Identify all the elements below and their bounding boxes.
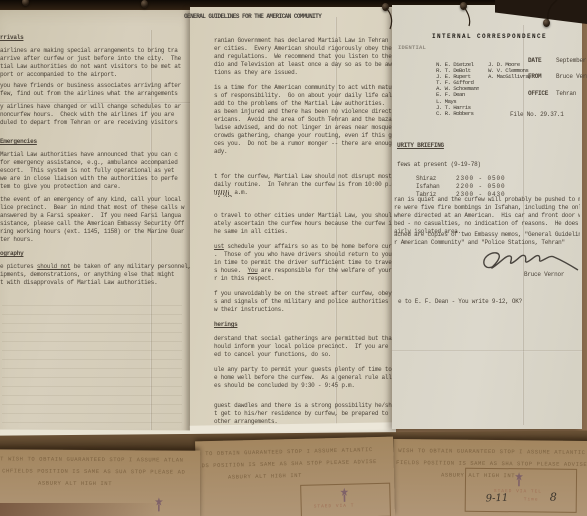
telegram-line: CHFIELDS POSITION IS SAME AS SUA STOP PL… — [2, 465, 200, 478]
paragraph: derstand that social gatherings are perm… — [214, 335, 395, 359]
received-stamp-box: STAED VIA TEL Time 9-11 8 — [465, 468, 577, 513]
paragraph: ran is quiet and the curfew will probabl… — [394, 196, 580, 236]
curfew-intro: fews at present (9-19-78) — [397, 161, 481, 169]
push-pin — [141, 0, 148, 8]
ps-note: e to E. F. Dean - You write 9-12, OK? — [398, 298, 522, 306]
handwritten-date: 9-11 — [486, 493, 509, 505]
paragraph: the event of an emergency of any kind, c… — [0, 196, 190, 244]
signature-typed-name: Bruce Vernor — [524, 271, 564, 279]
telegram-line: ASBURY ALT HIGH INT — [38, 478, 200, 491]
addressee-list-col1: N. E. DietzelR. T. DeBoltJ. E. RupertT. … — [436, 62, 479, 117]
page-title: GENERAL GUIDELINES FOR THE AMERICAN COMM… — [184, 13, 334, 21]
memo-header: INTERNAL CORRESPONDENCE — [432, 33, 547, 41]
stamp-time-label: Time — [524, 497, 539, 502]
memo-fields: DATESeptember FROMBruce Vern OFFICETehra… — [528, 57, 587, 106]
handwritten-number: 8 — [550, 491, 557, 504]
field-label: FROM — [528, 73, 556, 81]
telegram-strip-right: WISH TO OBTAIN GUARANTEED STOP I ASSUME … — [393, 439, 587, 516]
page-middle-guidelines: GENERAL GUIDELINES FOR THE AMERICAN COMM… — [190, 7, 396, 456]
stamp-text: STAED VIA T — [314, 504, 355, 510]
page-right-memo: INTERNAL CORRESPONDENCE IDENTIAL N. E. D… — [392, 5, 582, 429]
paragraph: you have friends or business associates … — [0, 82, 190, 98]
pin-wire — [384, 8, 396, 30]
paragraph: y airlines have changed or will change s… — [0, 103, 190, 127]
heading-emergencies: Emergencies — [0, 138, 37, 146]
handwritten-correction: 4:30 — [216, 194, 232, 197]
paragraph: o travel to other cities under Martial L… — [214, 212, 395, 236]
field-value: Tehran — [556, 90, 576, 97]
paragraph: airlines are making special arrangements… — [0, 47, 190, 79]
crest-stamp-icon — [514, 471, 524, 487]
paragraph: ule any party to permit your guests plen… — [214, 366, 395, 390]
heading-photography: ography — [0, 250, 23, 258]
telegram-strip-middle: H TO OBTAIN GUARANTEED STOP I ASSUME ATL… — [195, 437, 395, 516]
paragraph: ust schedule your affairs so as to be ho… — [214, 243, 395, 283]
field-label: DATE — [528, 57, 556, 65]
heading-gatherings: herings — [214, 321, 395, 329]
crest-stamp-icon — [339, 487, 349, 503]
show-through-text — [2, 305, 182, 430]
paragraph: f you unavoidably be on the street after… — [214, 290, 395, 314]
heading-arrivals: rrivals — [0, 34, 23, 42]
field-value: September — [556, 57, 586, 64]
heading-security-briefing: URITY BRIEFING — [397, 142, 444, 150]
paragraph: Martial Law authorities have announced t… — [0, 151, 190, 191]
paragraph: is a time for the American community to … — [214, 84, 395, 156]
paragraph: e pictures should not be taken of any mi… — [0, 263, 192, 287]
board-shadow — [0, 503, 160, 516]
addressee-list-col2: J. D. MooreW. V. ClemmonsA. MacGillivray — [488, 62, 531, 80]
paper-fold — [392, 350, 582, 352]
photo-of-pinned-documents: rrivals airlines are making special arra… — [0, 0, 587, 516]
confidential-stamp-fragment: IDENTIAL — [398, 44, 426, 52]
curfew-paragraph: t for the curfew, Martial Law should not… — [214, 173, 395, 197]
received-stamp-box: STAED VIA T — [300, 483, 391, 516]
file-number: File No. 29.37.1 — [510, 111, 564, 119]
field-value: Bruce Vern — [556, 73, 587, 80]
page-left-guidelines: rrivals airlines are making special arra… — [0, 10, 197, 444]
field-label: OFFICE — [528, 90, 556, 98]
push-pin — [543, 19, 550, 27]
page-body: ranian Government has declared Martial L… — [214, 37, 395, 433]
paragraph: ranian Government has declared Martial L… — [214, 37, 395, 77]
pin-wire — [462, 7, 474, 27]
